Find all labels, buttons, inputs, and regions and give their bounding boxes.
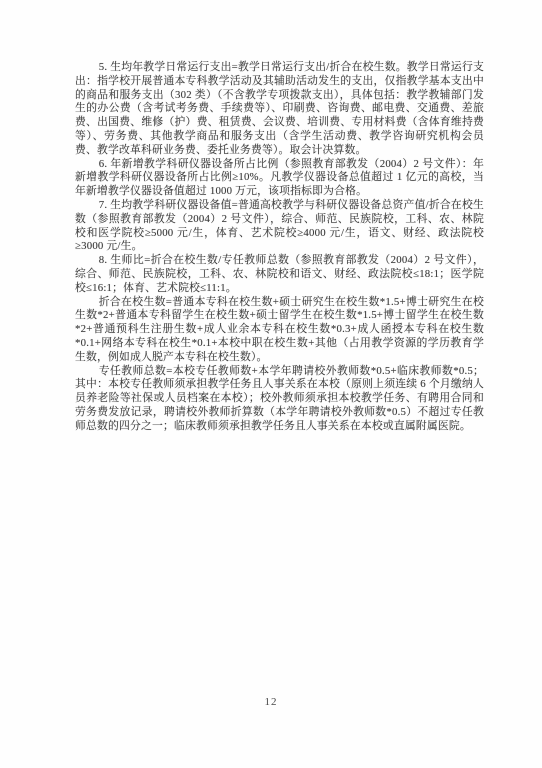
document-page: 5. 生均年教学日常运行支出=教学日常运行支出/折合在校生数。教学日常运行支出：… bbox=[0, 0, 542, 768]
paragraph-7-equipment-value-per-student: 7. 生均教学科研仪器设备值=普通高校教学与科研仪器设备总资产值/折合在校生数（… bbox=[75, 199, 484, 254]
paragraph-5-daily-operating-expense: 5. 生均年教学日常运行支出=教学日常运行支出/折合在校生数。教学日常运行支出：… bbox=[75, 61, 484, 158]
paragraph-6-new-equipment-ratio: 6. 年新增教学科研仪器设备所占比例（参照教育部教发（2004）2 号文件）：年… bbox=[75, 158, 484, 199]
page-number: 12 bbox=[0, 696, 542, 708]
paragraph-8-student-teacher-ratio: 8. 生师比=折合在校生数/专任教师总数（参照教育部教发（2004）2 号文件）… bbox=[75, 254, 484, 295]
document-body: 5. 生均年教学日常运行支出=教学日常运行支出/折合在校生数。教学日常运行支出：… bbox=[75, 61, 484, 434]
paragraph-10-fulltime-teacher-formula: 专任教师总数=本校专任教师数+本学年聘请校外教师数*0.5+临床教师数*0.5；… bbox=[75, 365, 484, 434]
paragraph-9-converted-enrollment-formula: 折合在校生数=普通本专科在校生数+硕士研究生在校生数*1.5+博士研究生在校生数… bbox=[75, 296, 484, 365]
